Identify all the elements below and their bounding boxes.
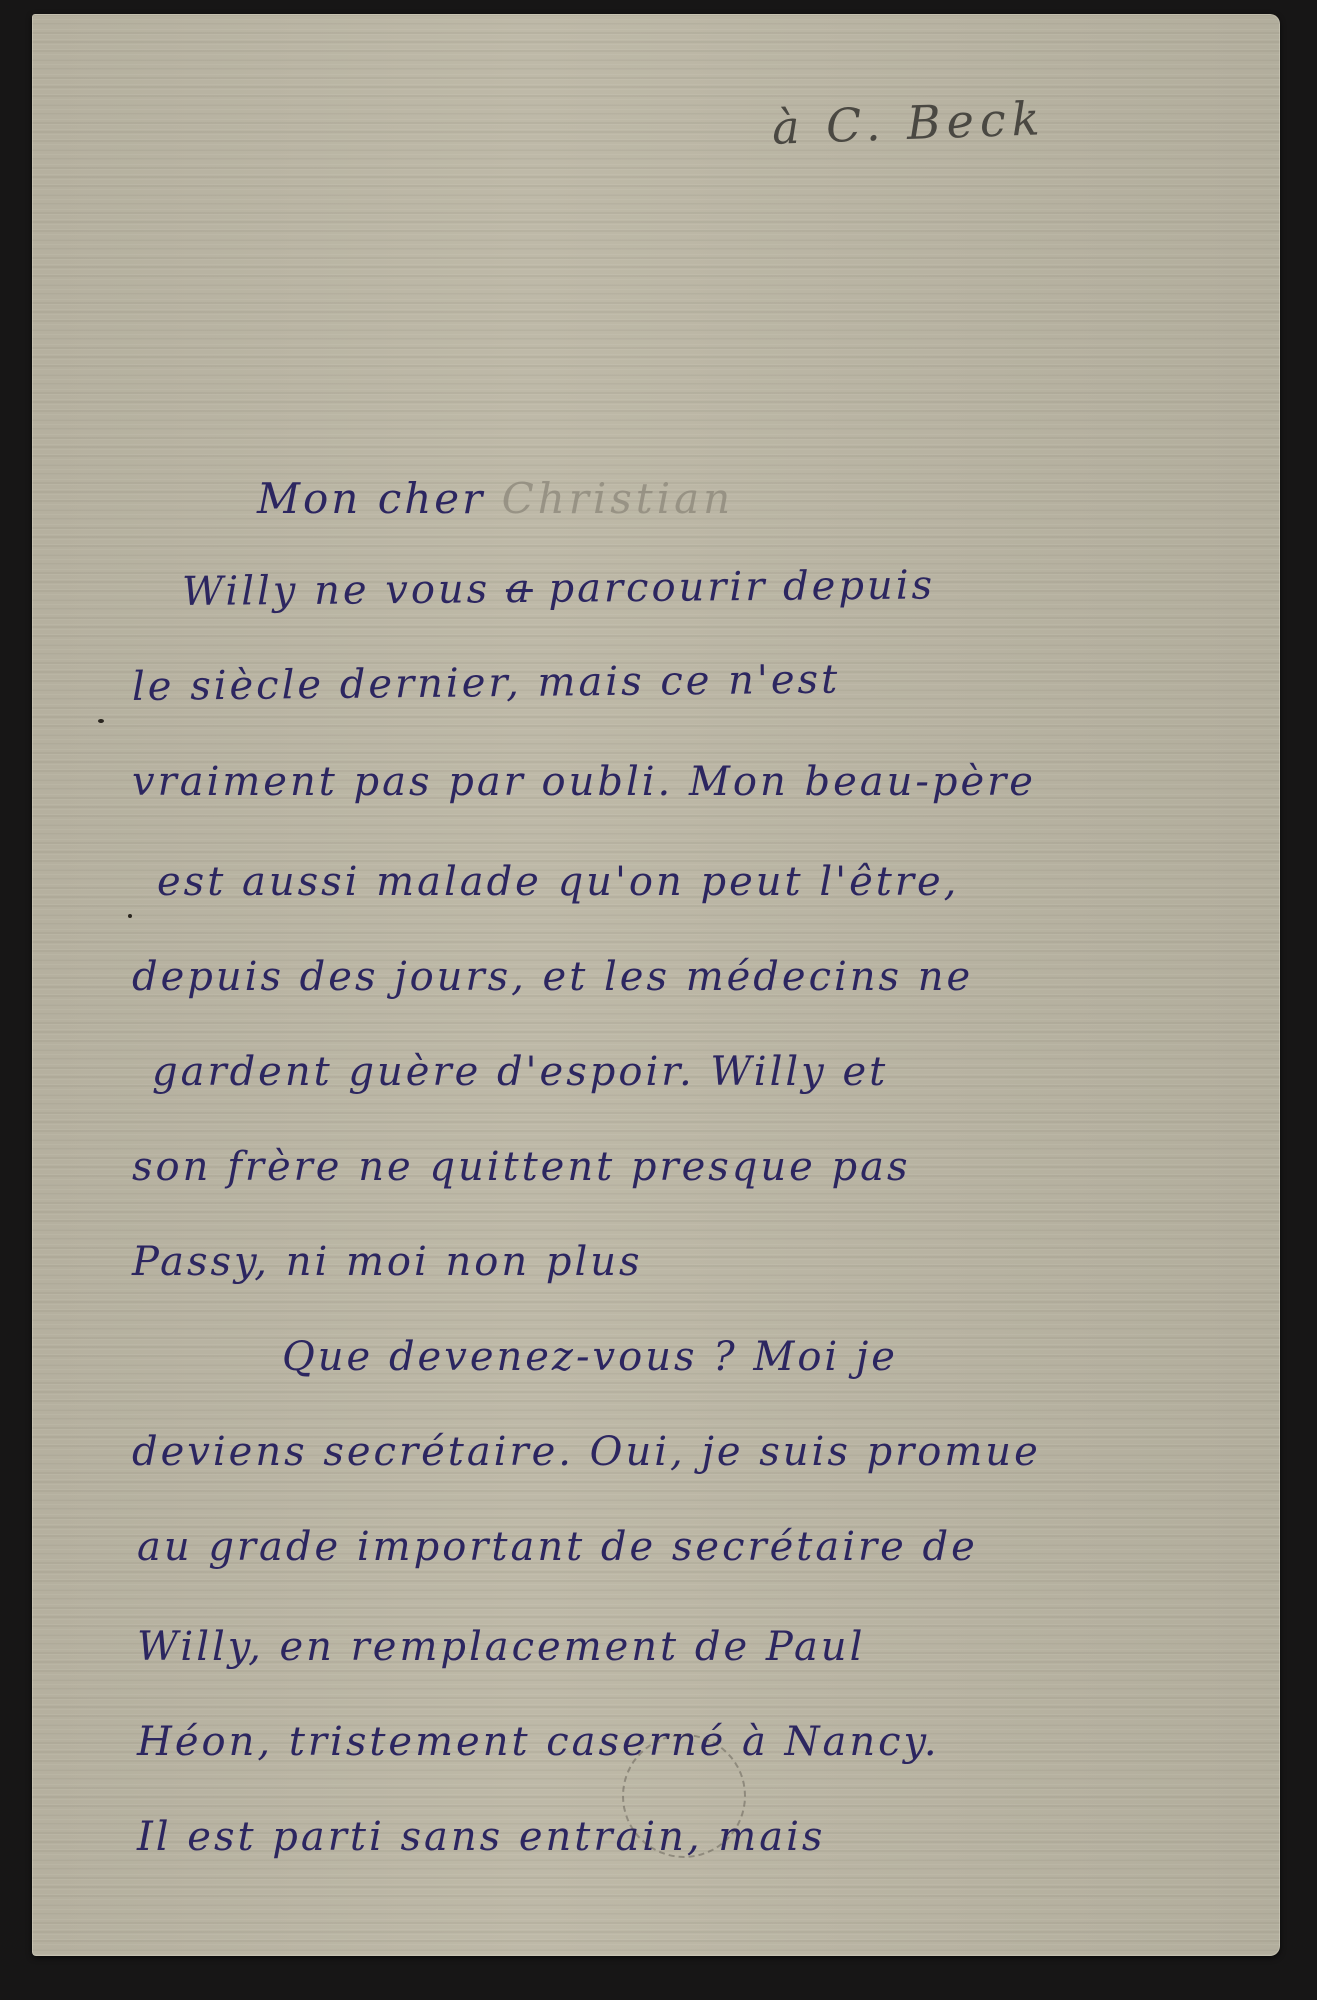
letter-line-12: Willy, en remplacement de Paul (137, 1624, 865, 1670)
struck-word: a (506, 566, 533, 612)
recipient-annotation: à C. Beck (771, 91, 1046, 155)
letter-line-2: le siècle dernier, mais ce n'est (132, 657, 841, 710)
paper-speck (98, 719, 104, 723)
letter-line-3: vraiment pas par oubli. Mon beau-père (132, 759, 1036, 805)
letter-line-11: au grade important de secrétaire de (137, 1524, 978, 1570)
faint-stamp-mark (622, 1734, 746, 1858)
letter-line-8: Passy, ni moi non plus (132, 1239, 643, 1285)
letter-line-10: deviens secrétaire. Oui, je suis promue (132, 1429, 1041, 1475)
letter-line-4: est aussi malade qu'on peut l'être, (157, 859, 959, 905)
salutation: Mon cher Christian (257, 474, 734, 523)
letter-line-7: son frère ne quittent presque pas (132, 1144, 911, 1190)
paper-speck (128, 914, 132, 918)
letter-line-5: depuis des jours, et les médecins ne (132, 954, 973, 1000)
letter-line-13: Héon, tristement caserné à Nancy. (137, 1719, 940, 1765)
letter-line-1: Willy ne vous a parcourir depuis (182, 562, 935, 615)
salutation-name-faded: Christian (502, 474, 735, 523)
letter-line-9: Que devenez-vous ? Moi je (282, 1334, 898, 1380)
letter-page: à C. Beck Mon cher Christian Willy ne vo… (32, 14, 1280, 1956)
letter-line-6: gardent guère d'espoir. Willy et (152, 1049, 888, 1095)
salutation-text: Mon cher (257, 474, 485, 523)
